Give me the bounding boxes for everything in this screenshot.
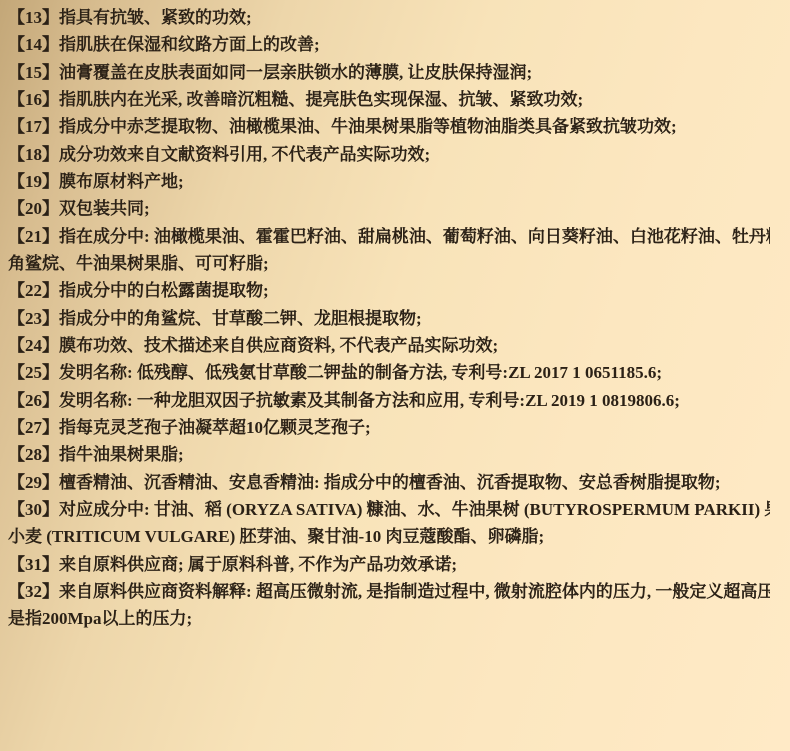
footnote-marker: 【32】 — [8, 582, 59, 601]
footnote-marker: 【22】 — [8, 281, 59, 300]
footnote-marker: 【18】 — [8, 145, 59, 164]
footnote-first-line: 【21】指在成分中: 油橄榄果油、霍霍巴籽油、甜扁桃油、葡萄籽油、向日葵籽油、白… — [8, 223, 770, 250]
footnote-first-line: 【20】双包装共同; — [8, 195, 770, 222]
footnote-marker: 【16】 — [8, 90, 59, 109]
footnote-text: 膜布原材料产地; — [59, 172, 184, 191]
footnote-text: 油膏覆盖在皮肤表面如同一层亲肤锁水的薄膜, 让皮肤保持湿润; — [59, 63, 532, 82]
footnote-marker: 【14】 — [8, 35, 59, 54]
disclaimer-page: 【13】指具有抗皱、紧致的功效;【14】指肌肤在保湿和纹路方面上的改善;【15】… — [0, 0, 790, 751]
footnote-marker: 【15】 — [8, 63, 59, 82]
footnote-text: 指成分中的角鲨烷、甘草酸二钾、龙胆根提取物; — [59, 309, 422, 328]
footnote-first-line: 【30】对应成分中: 甘油、稻 (ORYZA SATIVA) 糠油、水、牛油果树… — [8, 496, 770, 523]
footnote-first-line: 【13】指具有抗皱、紧致的功效; — [8, 4, 770, 31]
footnote-item: 【22】指成分中的白松露菌提取物; — [8, 277, 770, 304]
footnote-marker: 【25】 — [8, 363, 59, 382]
footnote-first-line: 【16】指肌肤内在光采, 改善暗沉粗糙、提亮肤色实现保湿、抗皱、紧致功效; — [8, 86, 770, 113]
footnote-first-line: 【25】发明名称: 低残醇、低残氨甘草酸二钾盐的制备方法, 专利号:ZL 201… — [8, 359, 770, 386]
footnote-item: 【20】双包装共同; — [8, 195, 770, 222]
footnote-marker: 【13】 — [8, 8, 59, 27]
footnote-item: 【14】指肌肤在保湿和纹路方面上的改善; — [8, 31, 770, 58]
footnote-text: 指每克灵芝孢子油凝萃超10亿颗灵芝孢子; — [59, 418, 371, 437]
footnote-first-line: 【28】指牛油果树果脂; — [8, 441, 770, 468]
footnote-first-line: 【15】油膏覆盖在皮肤表面如同一层亲肤锁水的薄膜, 让皮肤保持湿润; — [8, 59, 770, 86]
footnote-marker: 【23】 — [8, 309, 59, 328]
footnote-continuation-line: 是指200Mpa以上的压力; — [8, 605, 770, 632]
footnote-first-line: 【31】来自原料供应商; 属于原料科普, 不作为产品功效承诺; — [8, 551, 770, 578]
footnote-first-line: 【27】指每克灵芝孢子油凝萃超10亿颗灵芝孢子; — [8, 414, 770, 441]
footnote-item: 【31】来自原料供应商; 属于原料科普, 不作为产品功效承诺; — [8, 551, 770, 578]
footnote-text: 对应成分中: 甘油、稻 (ORYZA SATIVA) 糠油、水、牛油果树 (BU… — [59, 500, 770, 519]
footnote-continuation-line: 小麦 (TRITICUM VULGARE) 胚芽油、聚甘油-10 肉豆蔻酸酯、卵… — [8, 523, 770, 550]
footnote-item: 【26】发明名称: 一种龙胆双因子抗敏素及其制备方法和应用, 专利号:ZL 20… — [8, 387, 770, 414]
footnote-text: 双包装共同; — [59, 199, 150, 218]
footnote-item: 【16】指肌肤内在光采, 改善暗沉粗糙、提亮肤色实现保湿、抗皱、紧致功效; — [8, 86, 770, 113]
footnote-first-line: 【24】膜布功效、技术描述来自供应商资料, 不代表产品实际功效; — [8, 332, 770, 359]
footnote-item: 【25】发明名称: 低残醇、低残氨甘草酸二钾盐的制备方法, 专利号:ZL 201… — [8, 359, 770, 386]
footnote-marker: 【28】 — [8, 445, 59, 464]
footnote-item: 【15】油膏覆盖在皮肤表面如同一层亲肤锁水的薄膜, 让皮肤保持湿润; — [8, 59, 770, 86]
footnote-first-line: 【17】指成分中赤芝提取物、油橄榄果油、牛油果树果脂等植物油脂类具备紧致抗皱功效… — [8, 113, 770, 140]
footnote-continuation-line: 角鲨烷、牛油果树果脂、可可籽脂; — [8, 250, 770, 277]
footnote-text: 来自原料供应商; 属于原料科普, 不作为产品功效承诺; — [59, 555, 457, 574]
footnote-item: 【24】膜布功效、技术描述来自供应商资料, 不代表产品实际功效; — [8, 332, 770, 359]
footnotes-list: 【13】指具有抗皱、紧致的功效;【14】指肌肤在保湿和纹路方面上的改善;【15】… — [8, 4, 770, 633]
footnote-text: 指肌肤在保湿和纹路方面上的改善; — [59, 35, 320, 54]
footnote-first-line: 【26】发明名称: 一种龙胆双因子抗敏素及其制备方法和应用, 专利号:ZL 20… — [8, 387, 770, 414]
footnote-item: 【27】指每克灵芝孢子油凝萃超10亿颗灵芝孢子; — [8, 414, 770, 441]
footnote-first-line: 【29】檀香精油、沉香精油、安息香精油: 指成分中的檀香油、沉香提取物、安总香树… — [8, 469, 770, 496]
footnote-text: 小麦 (TRITICUM VULGARE) 胚芽油、聚甘油-10 肉豆蔻酸酯、卵… — [8, 527, 544, 546]
footnote-first-line: 【19】膜布原材料产地; — [8, 168, 770, 195]
footnote-text: 角鲨烷、牛油果树果脂、可可籽脂; — [8, 254, 269, 273]
footnote-text: 膜布功效、技术描述来自供应商资料, 不代表产品实际功效; — [59, 336, 498, 355]
footnote-first-line: 【22】指成分中的白松露菌提取物; — [8, 277, 770, 304]
footnote-item: 【19】膜布原材料产地; — [8, 168, 770, 195]
footnote-marker: 【30】 — [8, 500, 59, 519]
footnote-marker: 【17】 — [8, 117, 59, 136]
footnote-text: 指具有抗皱、紧致的功效; — [59, 8, 252, 27]
footnote-marker: 【31】 — [8, 555, 59, 574]
footnote-first-line: 【23】指成分中的角鲨烷、甘草酸二钾、龙胆根提取物; — [8, 305, 770, 332]
footnote-item: 【28】指牛油果树果脂; — [8, 441, 770, 468]
footnote-marker: 【29】 — [8, 473, 59, 492]
footnote-text: 来自原料供应商资料解释: 超高压微射流, 是指制造过程中, 微射流腔体内的压力,… — [59, 582, 770, 601]
footnote-marker: 【27】 — [8, 418, 59, 437]
footnote-text: 指成分中的白松露菌提取物; — [59, 281, 269, 300]
footnote-text: 是指200Mpa以上的压力; — [8, 609, 192, 628]
footnote-first-line: 【18】成分功效来自文献资料引用, 不代表产品实际功效; — [8, 141, 770, 168]
footnote-text: 发明名称: 一种龙胆双因子抗敏素及其制备方法和应用, 专利号:ZL 2019 1… — [59, 391, 680, 410]
footnote-text: 指肌肤内在光采, 改善暗沉粗糙、提亮肤色实现保湿、抗皱、紧致功效; — [59, 90, 583, 109]
footnote-marker: 【19】 — [8, 172, 59, 191]
footnote-marker: 【24】 — [8, 336, 59, 355]
footnote-item: 【29】檀香精油、沉香精油、安息香精油: 指成分中的檀香油、沉香提取物、安总香树… — [8, 469, 770, 496]
footnote-first-line: 【14】指肌肤在保湿和纹路方面上的改善; — [8, 31, 770, 58]
footnote-text: 指在成分中: 油橄榄果油、霍霍巴籽油、甜扁桃油、葡萄籽油、向日葵籽油、白池花籽油… — [59, 227, 770, 246]
footnote-item: 【30】对应成分中: 甘油、稻 (ORYZA SATIVA) 糠油、水、牛油果树… — [8, 496, 770, 551]
footnote-item: 【18】成分功效来自文献资料引用, 不代表产品实际功效; — [8, 141, 770, 168]
footnote-item: 【17】指成分中赤芝提取物、油橄榄果油、牛油果树果脂等植物油脂类具备紧致抗皱功效… — [8, 113, 770, 140]
footnote-item: 【32】来自原料供应商资料解释: 超高压微射流, 是指制造过程中, 微射流腔体内… — [8, 578, 770, 633]
footnote-item: 【23】指成分中的角鲨烷、甘草酸二钾、龙胆根提取物; — [8, 305, 770, 332]
footnote-text: 发明名称: 低残醇、低残氨甘草酸二钾盐的制备方法, 专利号:ZL 2017 1 … — [59, 363, 662, 382]
footnote-text: 指成分中赤芝提取物、油橄榄果油、牛油果树果脂等植物油脂类具备紧致抗皱功效; — [59, 117, 677, 136]
footnote-marker: 【26】 — [8, 391, 59, 410]
footnote-text: 指牛油果树果脂; — [59, 445, 184, 464]
footnote-marker: 【21】 — [8, 227, 59, 246]
footnote-item: 【13】指具有抗皱、紧致的功效; — [8, 4, 770, 31]
footnote-item: 【21】指在成分中: 油橄榄果油、霍霍巴籽油、甜扁桃油、葡萄籽油、向日葵籽油、白… — [8, 223, 770, 278]
footnote-first-line: 【32】来自原料供应商资料解释: 超高压微射流, 是指制造过程中, 微射流腔体内… — [8, 578, 770, 605]
footnote-text: 成分功效来自文献资料引用, 不代表产品实际功效; — [59, 145, 430, 164]
footnote-marker: 【20】 — [8, 199, 59, 218]
footnote-text: 檀香精油、沉香精油、安息香精油: 指成分中的檀香油、沉香提取物、安总香树脂提取物… — [59, 473, 721, 492]
